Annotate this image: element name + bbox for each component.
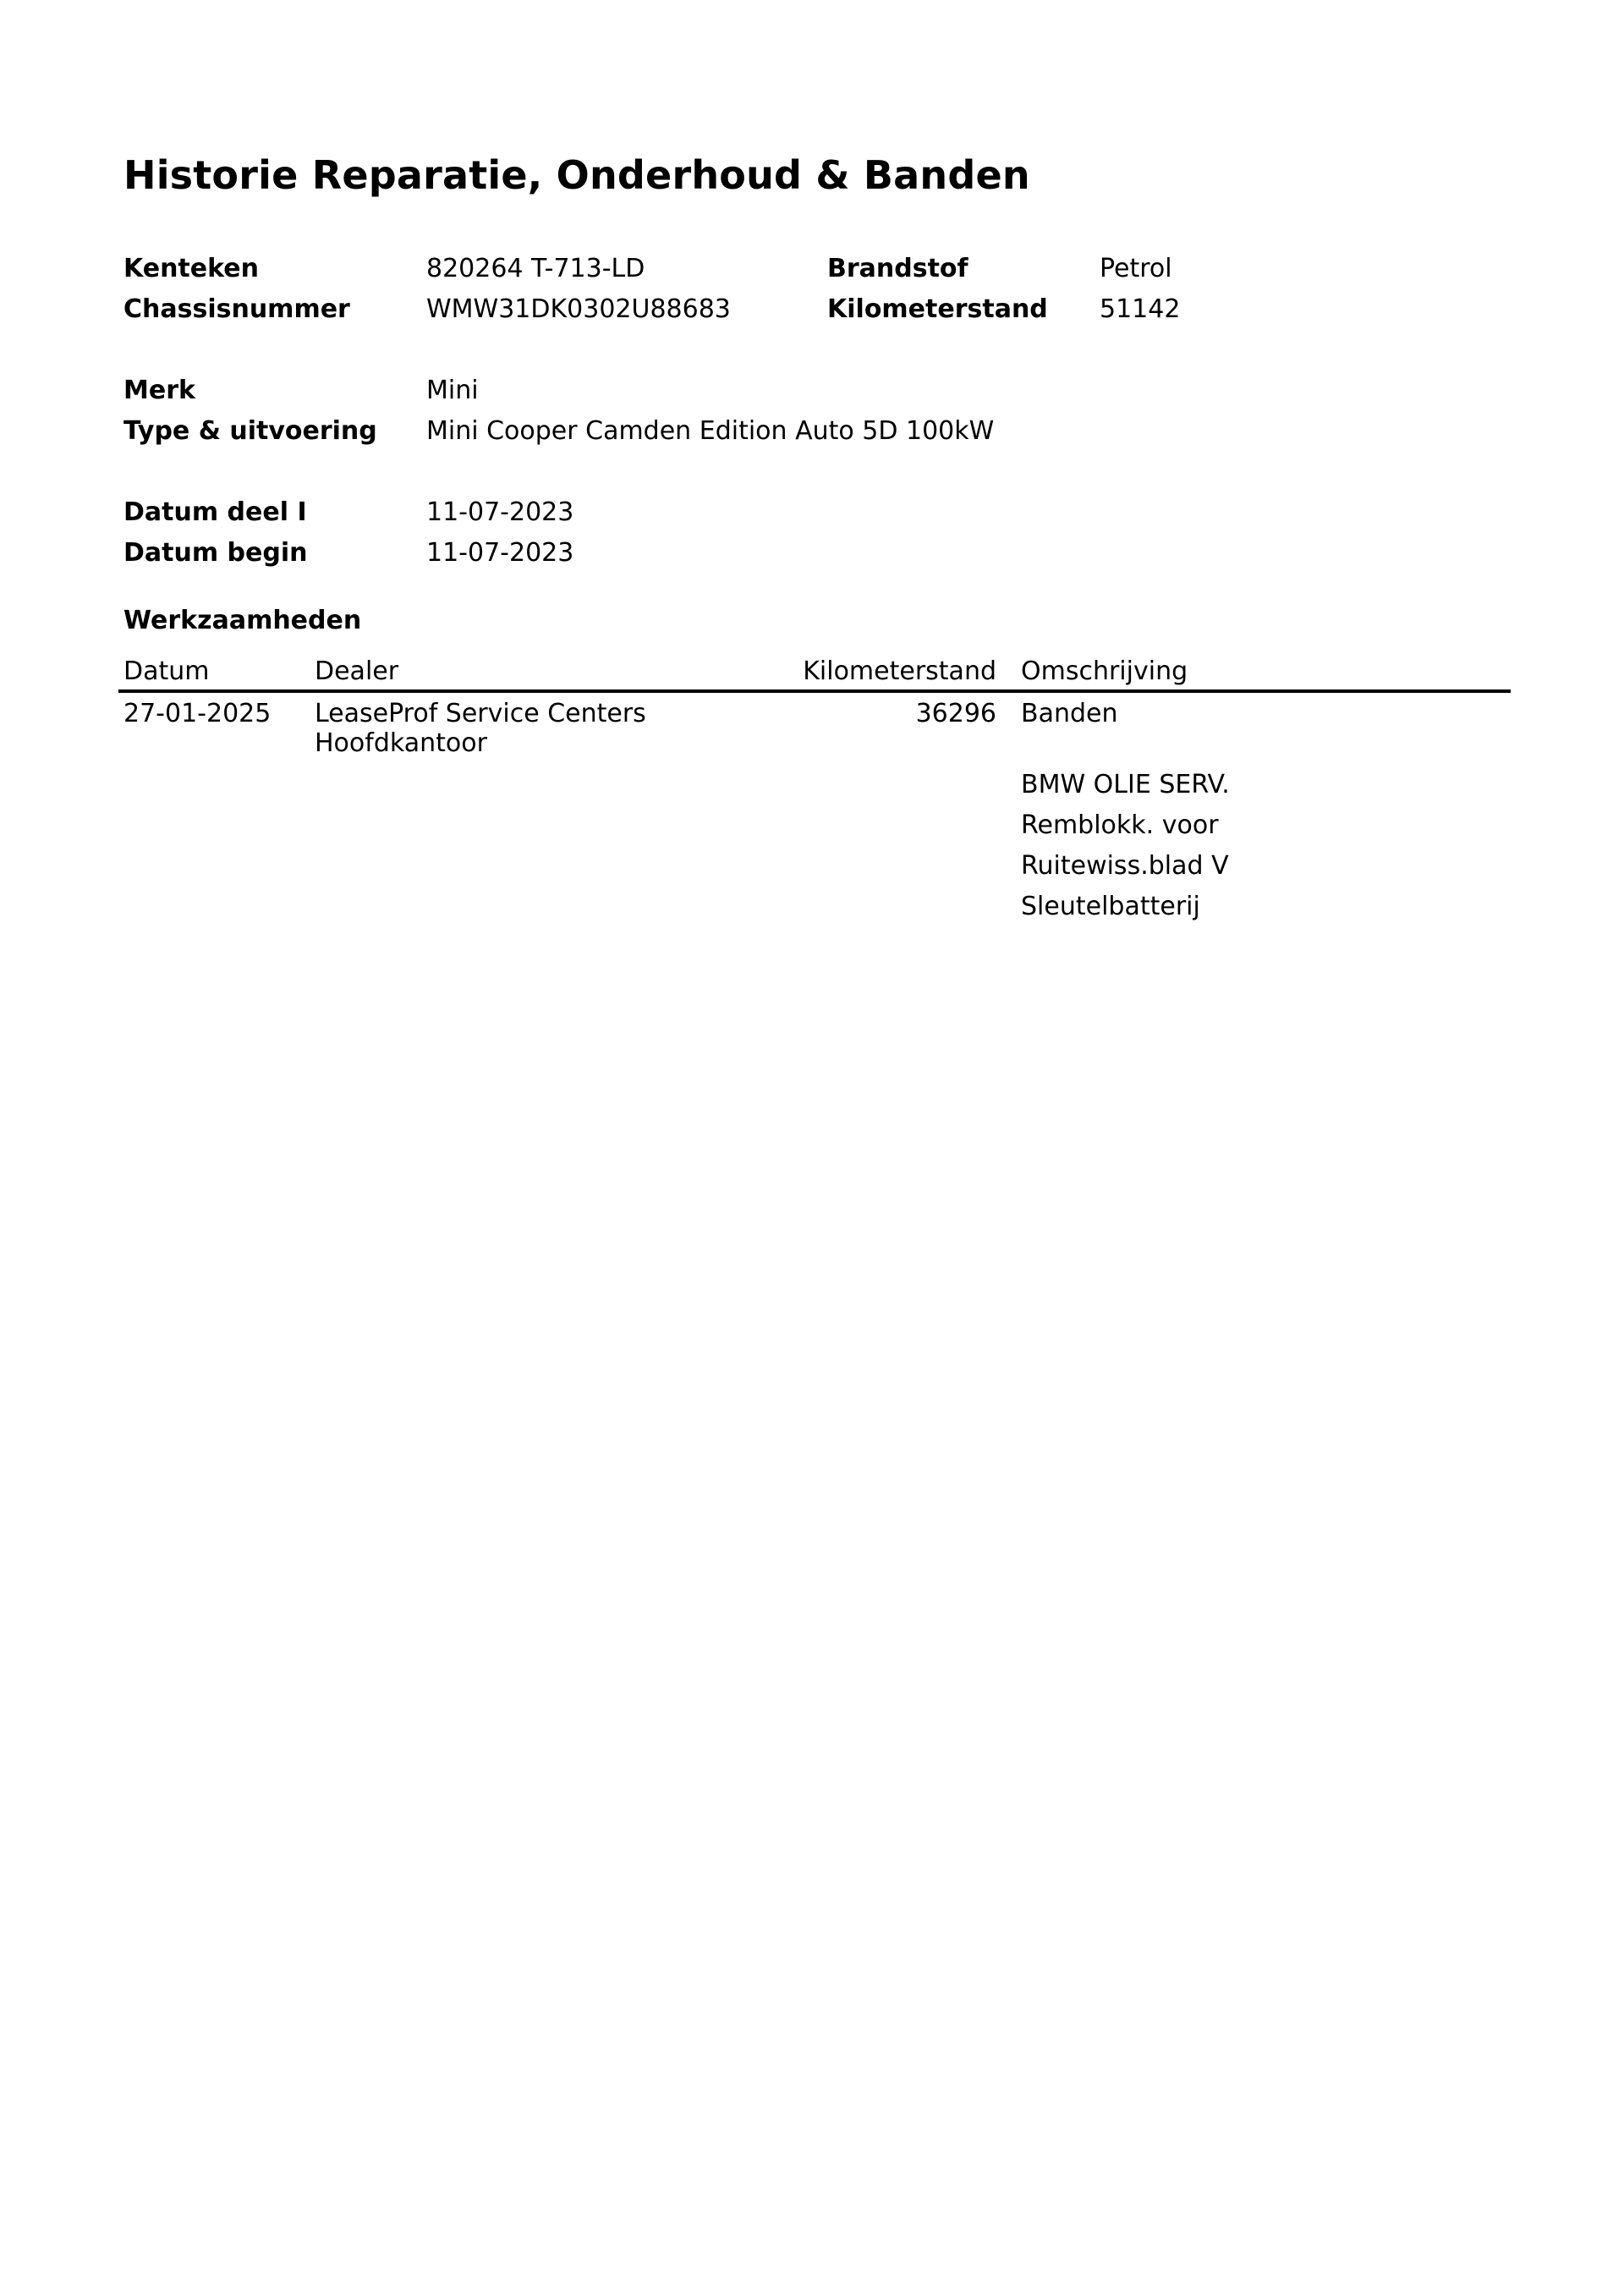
- row-dealer-line-1: LeaseProf Service Centers: [315, 699, 646, 728]
- merk-value: Mini: [426, 376, 479, 405]
- row-omschrijving-item: Banden: [1021, 699, 1118, 728]
- brandstof-value: Petrol: [1100, 254, 1172, 283]
- column-header-dealer: Dealer: [315, 656, 398, 686]
- column-header-omschrijving: Omschrijving: [1021, 656, 1188, 686]
- datum-deel-1-label: Datum deel I: [123, 497, 307, 527]
- row-kilometerstand: 36296: [761, 699, 996, 728]
- chassisnummer-label: Chassisnummer: [123, 294, 350, 324]
- type-uitvoering-value: Mini Cooper Camden Edition Auto 5D 100kW: [426, 416, 994, 446]
- row-omschrijving-item: Sleutelbatterij: [1021, 892, 1200, 921]
- row-omschrijving-item: Ruitewiss.blad V: [1021, 851, 1229, 881]
- kilometerstand-label: Kilometerstand: [827, 294, 1048, 324]
- werkzaamheden-heading: Werkzaamheden: [123, 606, 361, 635]
- row-omschrijving-item: BMW OLIE SERV.: [1021, 770, 1230, 799]
- datum-begin-label: Datum begin: [123, 538, 308, 568]
- chassisnummer-value: WMW31DK0302U88683: [426, 294, 731, 324]
- header-divider: [118, 689, 1511, 693]
- datum-begin-value: 11-07-2023: [426, 538, 573, 568]
- merk-label: Merk: [123, 376, 195, 405]
- kilometerstand-value: 51142: [1100, 294, 1180, 324]
- row-dealer-line-2: Hoofdkantoor: [315, 728, 487, 758]
- row-omschrijving-item: Remblokk. voor: [1021, 810, 1219, 840]
- row-datum: 27-01-2025: [123, 699, 271, 728]
- type-uitvoering-label: Type & uitvoering: [123, 416, 377, 446]
- document-page: Historie Reparatie, Onderhoud & Banden K…: [0, 0, 1624, 2296]
- brandstof-label: Brandstof: [827, 254, 968, 283]
- datum-deel-1-value: 11-07-2023: [426, 497, 573, 527]
- column-header-datum: Datum: [123, 656, 209, 686]
- kenteken-value: 820264 T-713-LD: [426, 254, 645, 283]
- column-header-kilometerstand: Kilometerstand: [761, 656, 996, 686]
- kenteken-label: Kenteken: [123, 254, 259, 283]
- page-title: Historie Reparatie, Onderhoud & Banden: [123, 152, 1030, 198]
